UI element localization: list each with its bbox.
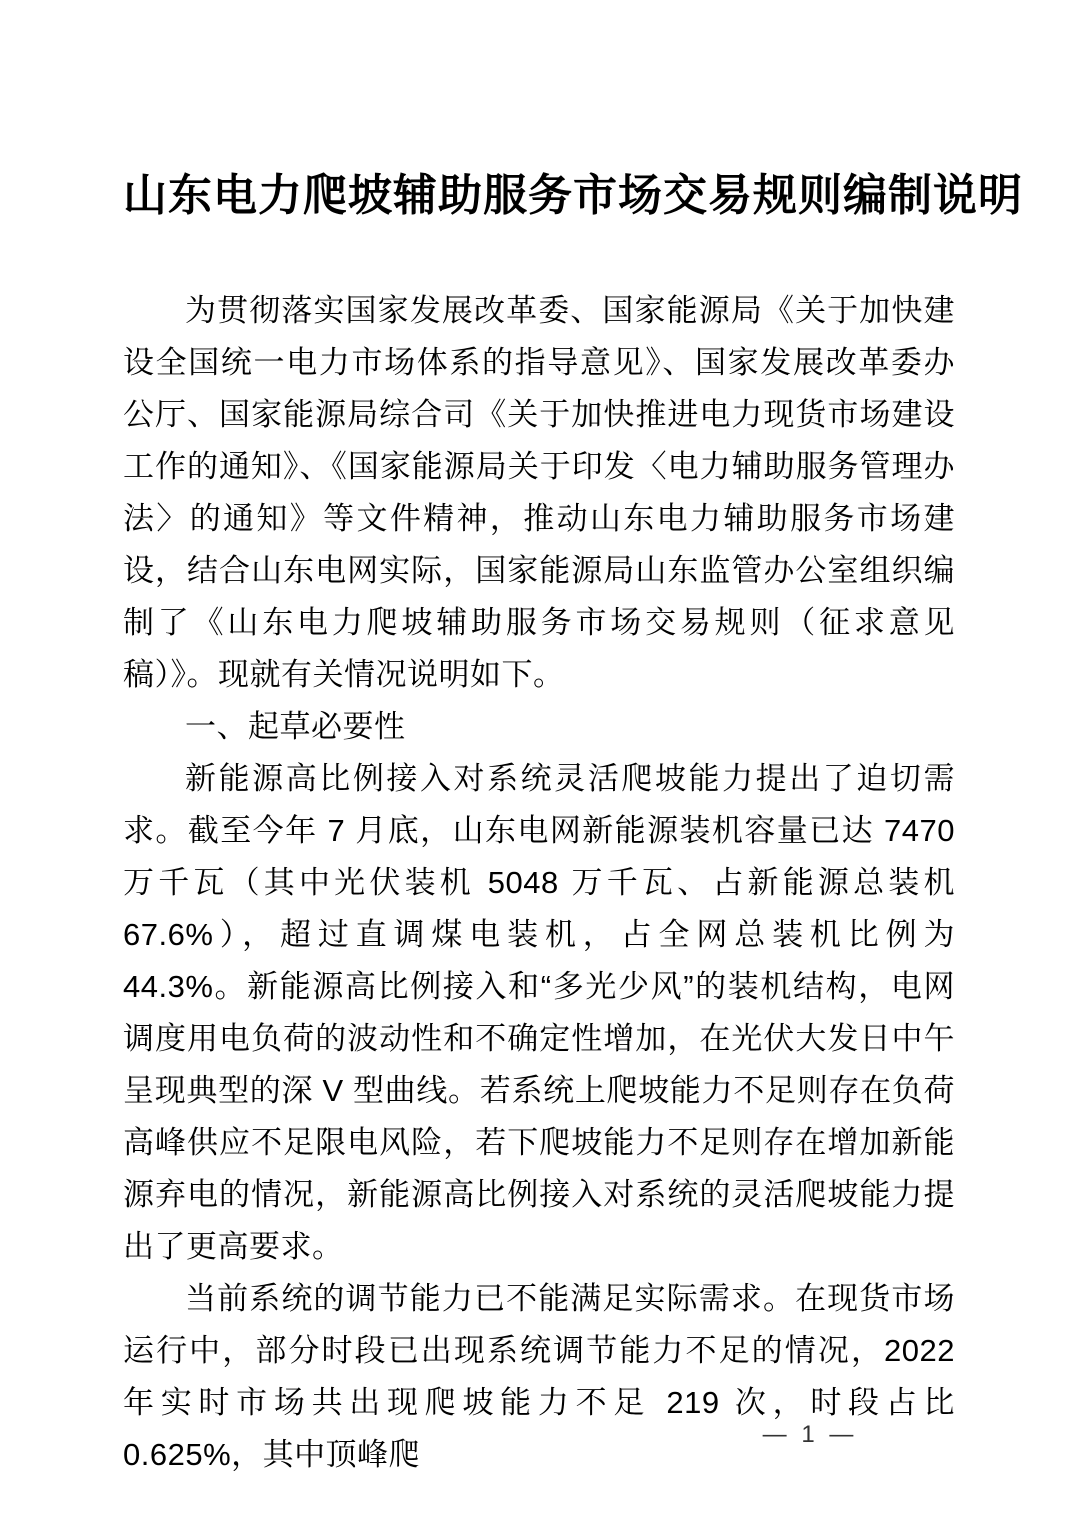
section-heading: 一、起草必要性 [123, 701, 955, 753]
page-title: 山东电力爬坡辅助服务市场交易规则编制说明 [123, 170, 955, 223]
section1-paragraph-2: 当前系统的调节能力已不能满足实际需求。在现货市场运行中，部分时段已出现系统调节能… [123, 1273, 955, 1481]
page-number-text: — 1 — [763, 1421, 858, 1449]
intro-paragraph: 为贯彻落实国家发展改革委、国家能源局《关于加快建设全国统一电力市场体系的指导意见… [123, 285, 955, 701]
document-content: 山东电力爬坡辅助服务市场交易规则编制说明 为贯彻落实国家发展改革委、国家能源局《… [123, 170, 955, 1481]
section1-paragraph-1: 新能源高比例接入对系统灵活爬坡能力提出了迫切需求。截至今年 7 月底，山东电网新… [123, 753, 955, 1273]
document-page: 山东电力爬坡辅助服务市场交易规则编制说明 为贯彻落实国家发展改革委、国家能源局《… [0, 0, 1080, 1527]
document-body: 为贯彻落实国家发展改革委、国家能源局《关于加快建设全国统一电力市场体系的指导意见… [123, 285, 955, 1481]
page-number: — 1 — [0, 1421, 1080, 1449]
